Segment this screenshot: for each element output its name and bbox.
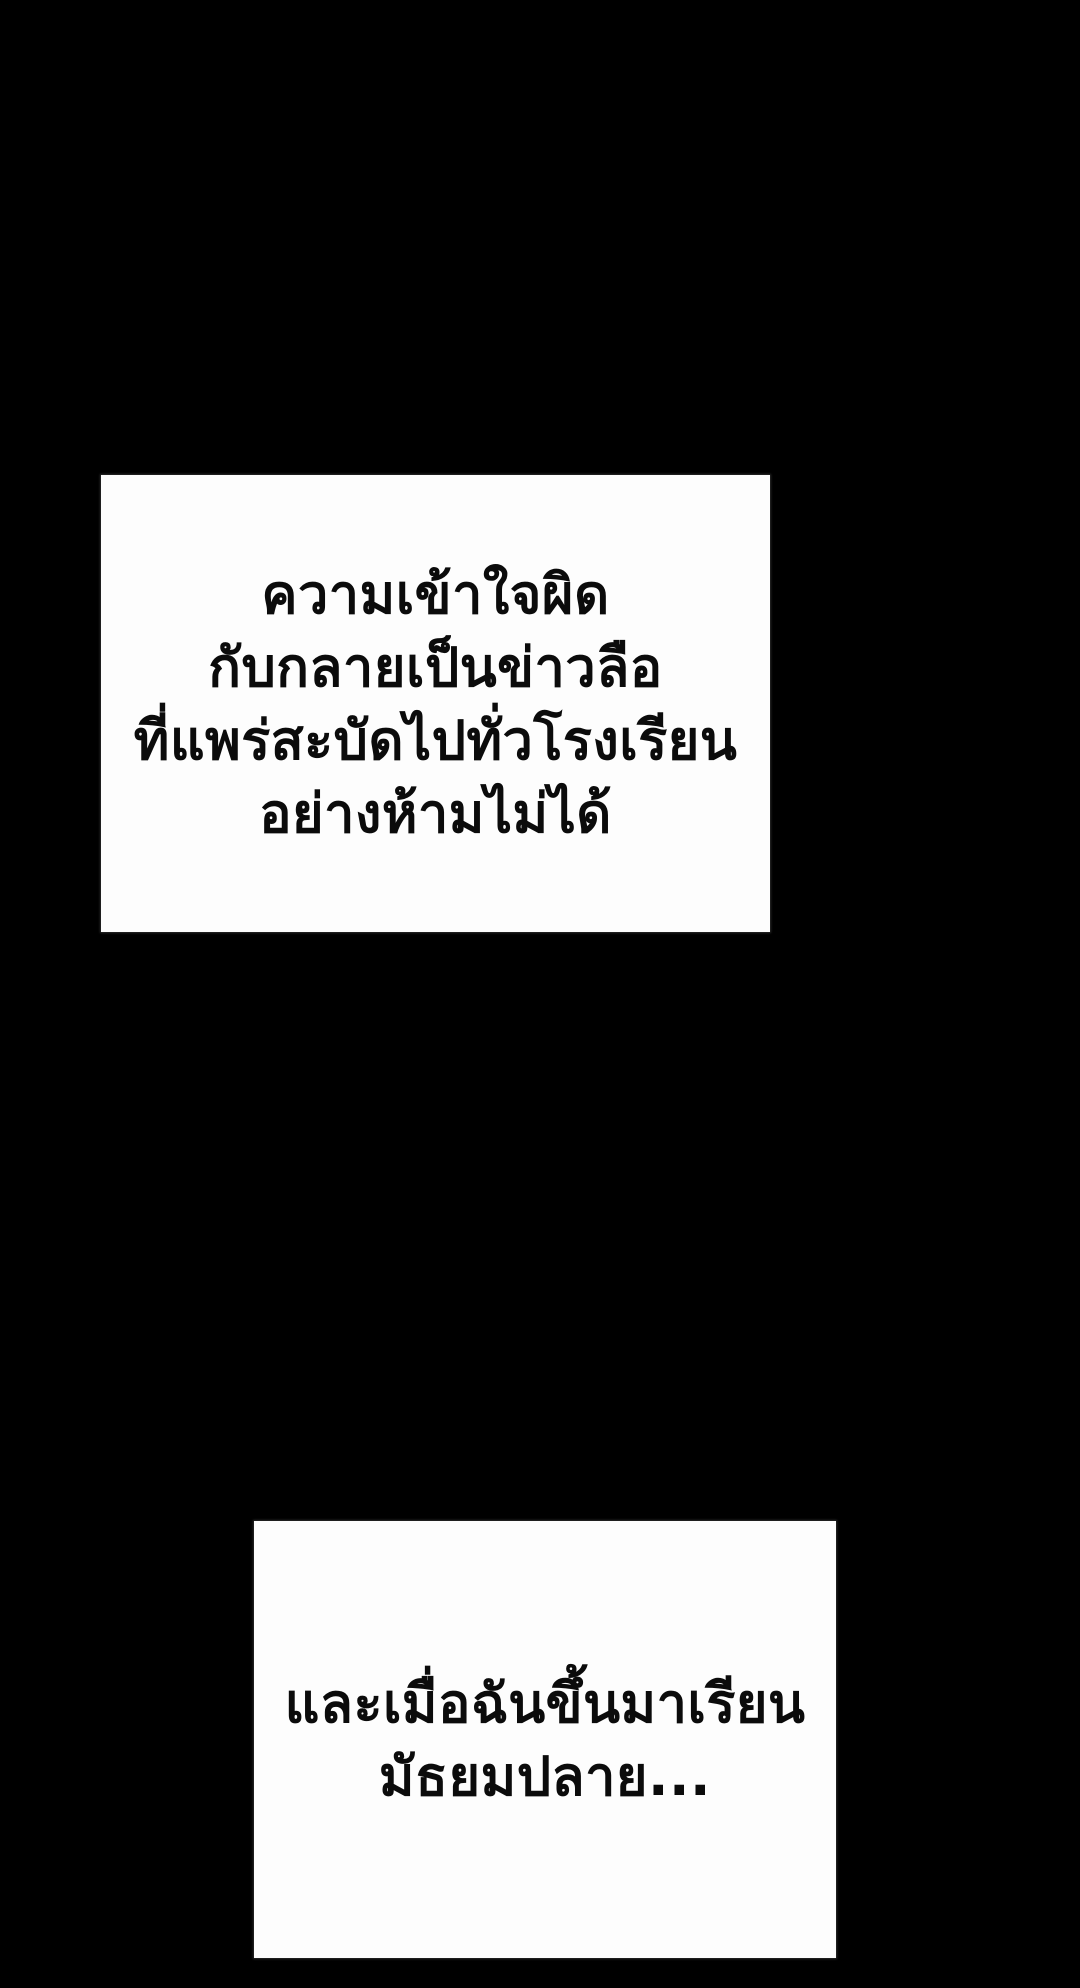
narration-box-1-line-2: กับกลายเป็นข่าวลือ [208, 631, 662, 704]
narration-box-1-line-3: ที่แพร่สะบัดไปทั่วโรงเรียน [134, 704, 738, 777]
narration-box-2: และเมื่อฉันขึ้นมาเรียน มัธยมปลาย... [254, 1521, 836, 1958]
narration-box-1-line-1: ความเข้าใจผิด [261, 558, 609, 631]
narration-box-1: ความเข้าใจผิด กับกลายเป็นข่าวลือ ที่แพร่… [101, 475, 770, 932]
narration-box-1-line-4: อย่างห้ามไม่ได้ [259, 777, 612, 850]
narration-box-2-line-2: มัธยมปลาย... [379, 1740, 711, 1813]
comic-page-background: ความเข้าใจผิด กับกลายเป็นข่าวลือ ที่แพร่… [0, 0, 1080, 1988]
narration-box-2-line-1: และเมื่อฉันขึ้นมาเรียน [285, 1667, 806, 1740]
